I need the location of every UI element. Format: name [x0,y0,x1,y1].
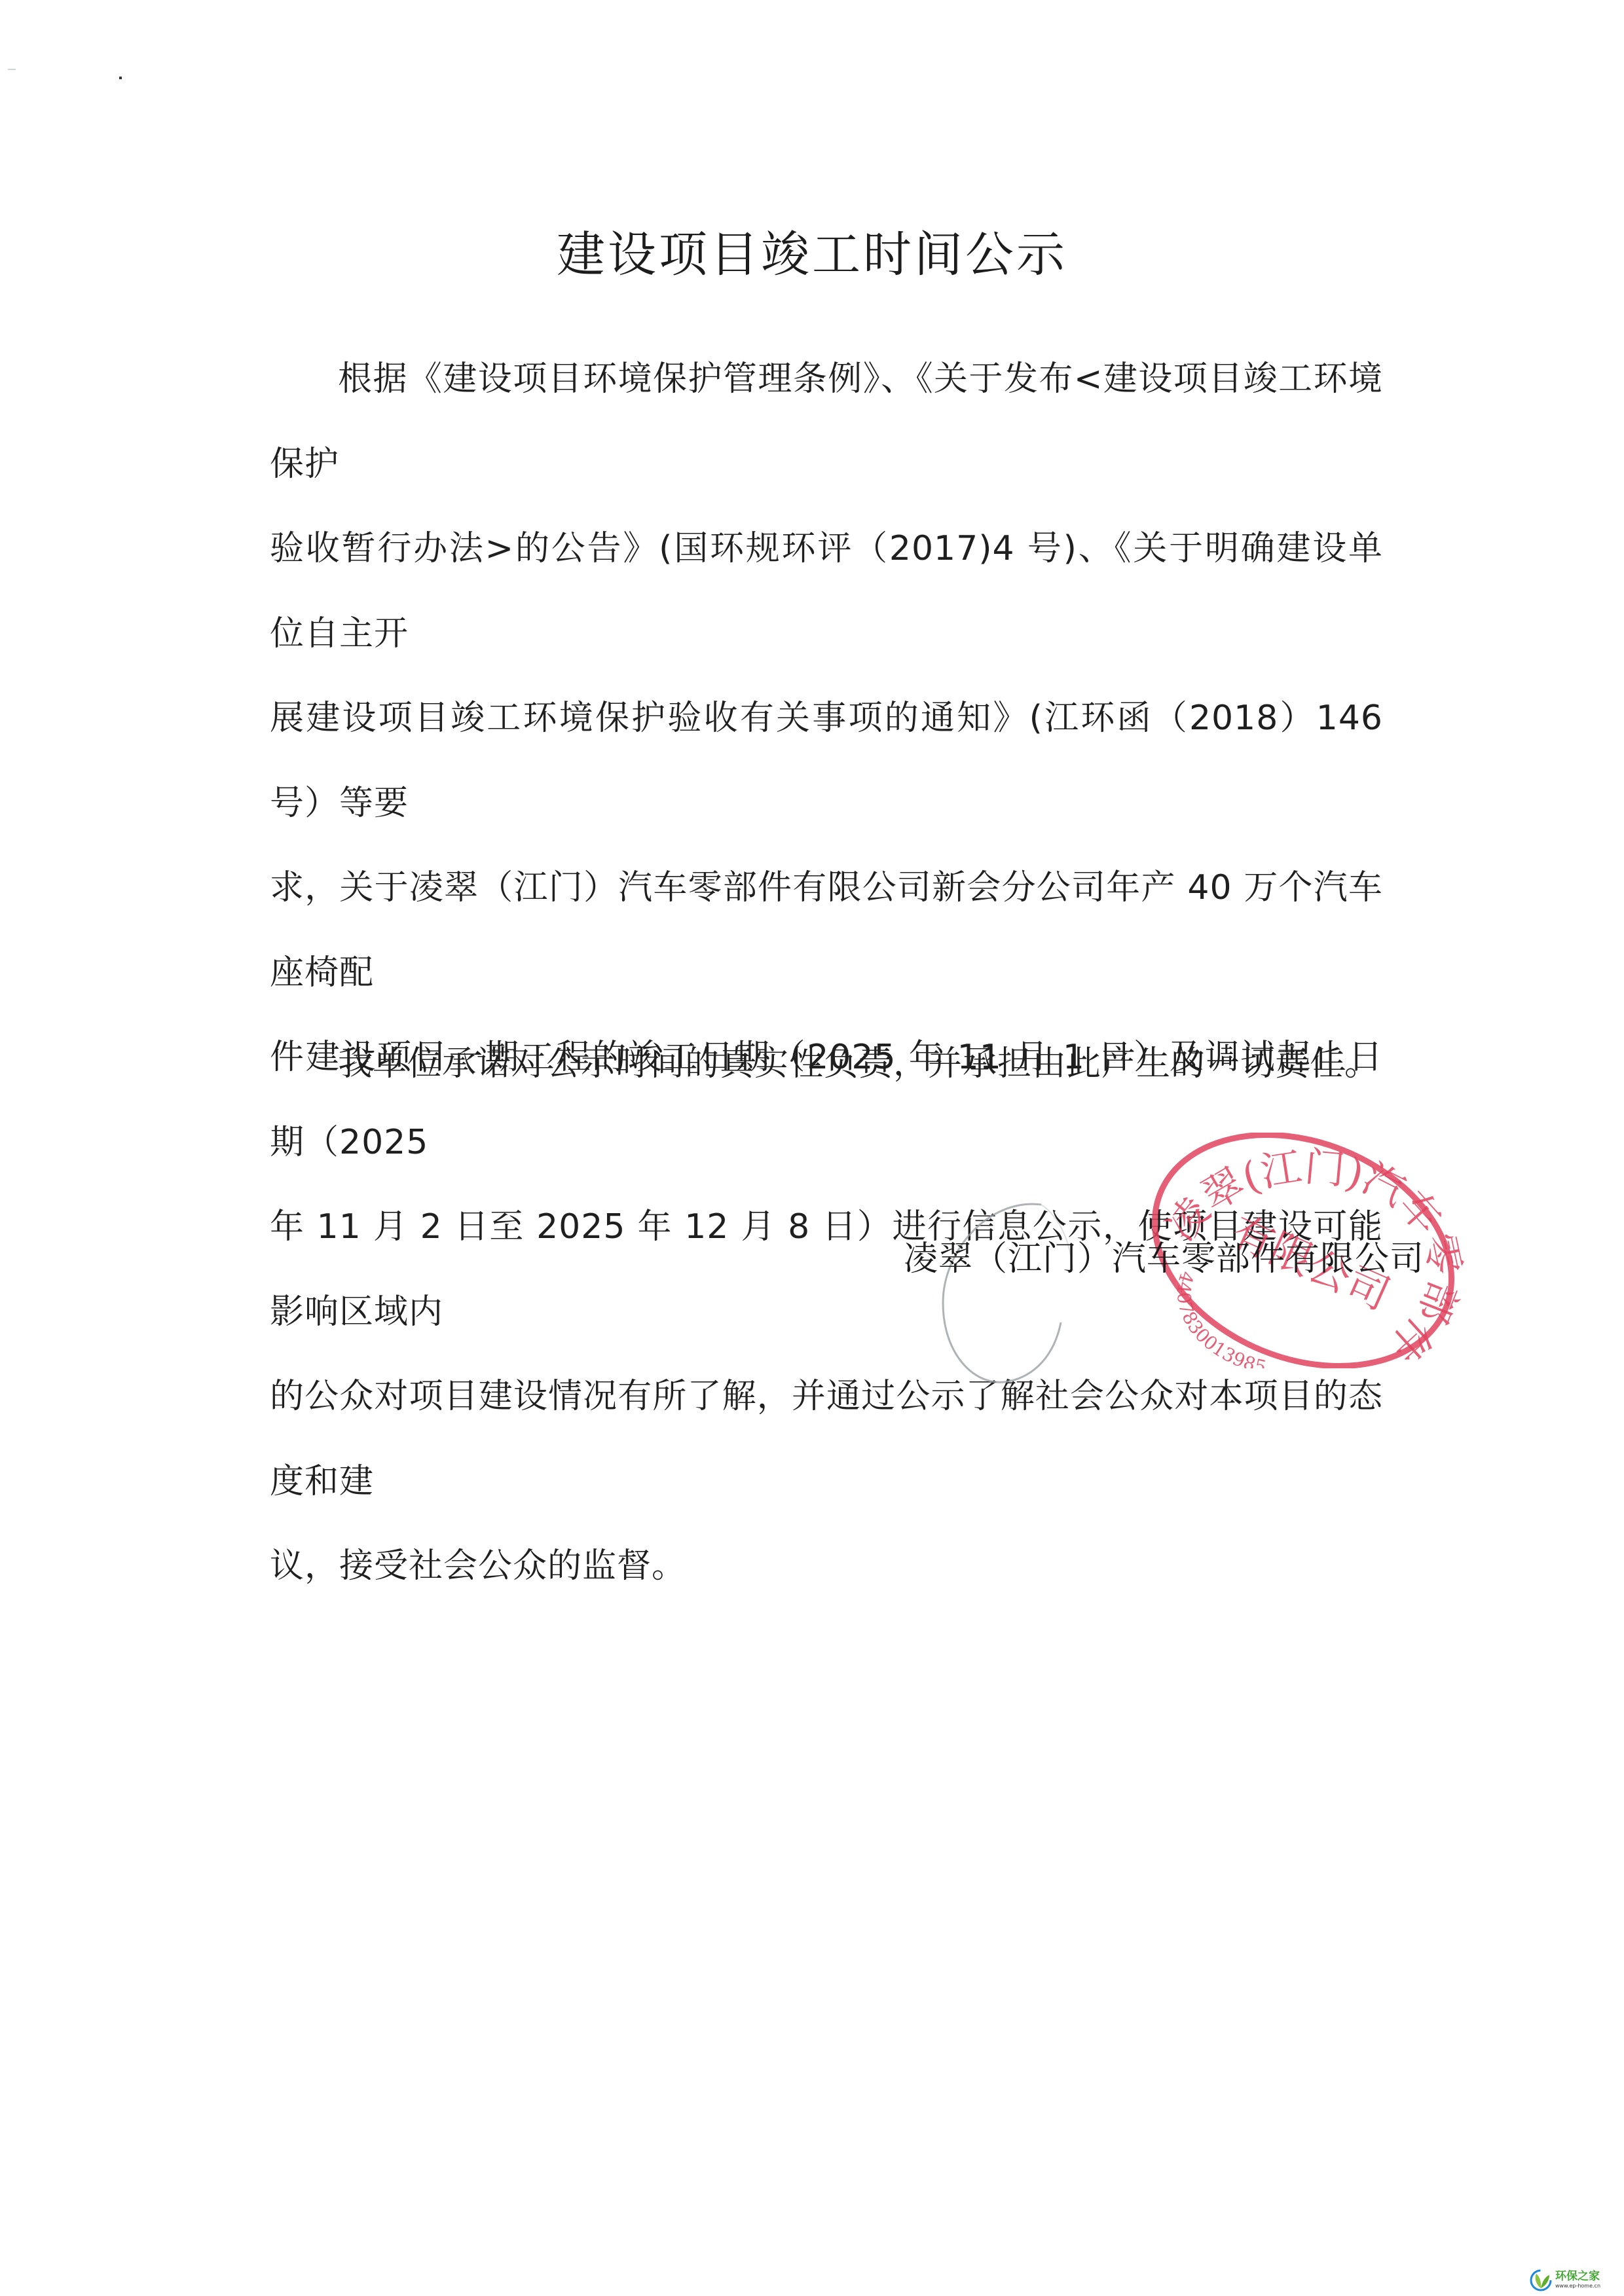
paragraph-line: 展建设项目竣工环境保护验收有关事项的通知》(江环函（2018）146 号）等要 [270,676,1383,846]
paragraph-line: 验收暂行办法>的公告》(国环规环评（2017)4 号)、《关于明确建设单位自主开 [270,507,1383,676]
watermark-url: www.ep-home.cn [1555,2283,1600,2289]
paragraph-main: 根据《建设项目环境保护管理条例》、《关于发布<建设项目竣工环境保护 验收暂行办法… [270,337,1383,1609]
watermark-logo: 环保之家 www.ep-home.cn [1529,2264,1624,2296]
paragraph-line: 的公众对项目建设情况有所了解，并通过公示了解社会公众对本项目的态度和建 [270,1355,1383,1524]
paragraph-line: 议，接受社会公众的监督。 [270,1524,1383,1609]
document-page: 建设项目竣工时间公示 根据《建设项目环境保护管理条例》、《关于发布<建设项目竣工… [0,0,1624,2296]
grey-circle-mark [930,1192,1087,1388]
paragraph-commitment: 我单位承诺对公示时间的真实性负责，并承担由此产生的一切责任。 [270,1038,1383,1090]
paragraph-line: 求，关于凌翠（江门）汽车零部件有限公司新会分公司年产 40 万个汽车座椅配 [270,846,1383,1015]
paragraph-line: 根据《建设项目环境保护管理条例》、《关于发布<建设项目竣工环境保护 [270,337,1383,507]
scan-speck [119,77,122,79]
watermark-name: 环保之家 [1555,2270,1600,2283]
document-title: 建设项目竣工时间公示 [0,216,1624,285]
scan-speck [8,69,16,70]
signature-company-name: 凌翠（江门）汽车零部件有限公司 [904,1231,1424,1280]
leaf-logo-icon [1529,2269,1553,2292]
